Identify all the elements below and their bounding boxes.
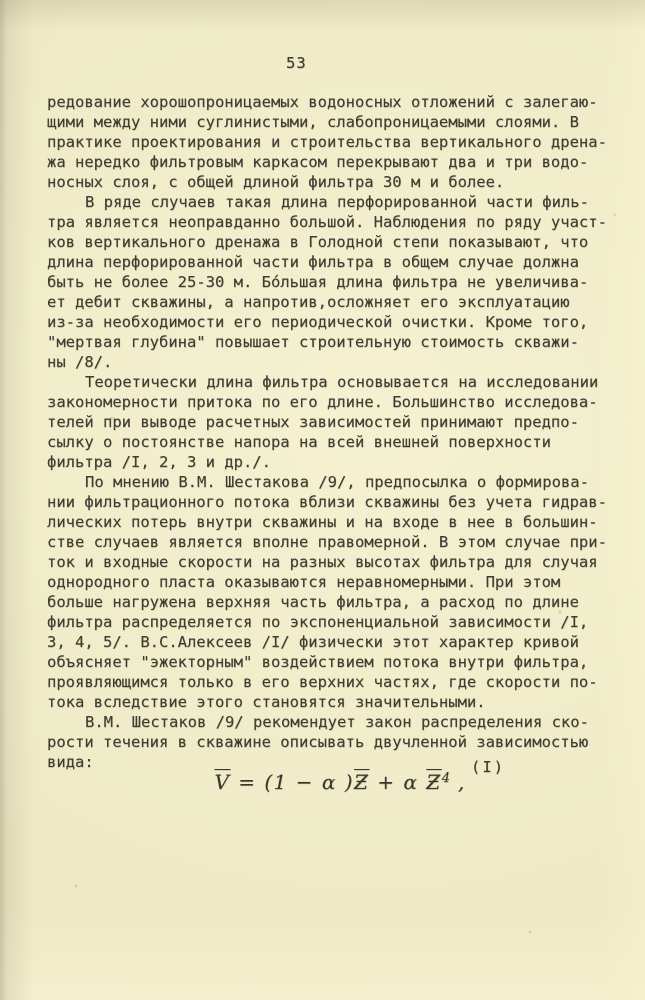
equation-operator: = (1 − α ) (230, 770, 354, 794)
text-line: носных слоя, с общей длиной фильтра 30 м… (47, 172, 607, 192)
text-line: "мертвая глубина" повышает строительную … (47, 332, 607, 352)
text-line: больше нагружена верхняя часть фильтра, … (47, 592, 607, 612)
text-line: тра является неоправданно большой. Наблю… (47, 212, 607, 232)
text-line: практике проектирования и строительства … (47, 132, 607, 152)
text-line: однородного пласта оказываются неравноме… (47, 572, 607, 592)
equation-number: (I) (471, 758, 505, 776)
text-line: жа нередко фильтровым каркасом перекрыва… (47, 152, 607, 172)
text-line: фильтра /I, 2, 3 и др./. (47, 452, 607, 472)
text-line: лических потерь внутри скважины и на вхо… (47, 512, 607, 532)
equation: V = (1 − α )Ƶ + α Ƶ4 , (183, 746, 466, 818)
text-line: телей при выводе расчетных зависимостей … (47, 412, 607, 432)
text-line: закономерности притока по его длине. Бол… (47, 392, 607, 412)
text-line: По мнению В.М. Шестакова /9/, предпосылк… (47, 472, 607, 492)
text-line: сылку о постоянстве напора на всей внешн… (47, 432, 607, 452)
text-line: тока вследствие этого становятся значите… (47, 692, 607, 712)
text-line: нии фильтрационного потока вблизи скважи… (47, 492, 607, 512)
text-line: длина перфорированной части фильтра в об… (47, 252, 607, 272)
text-line: ков вертикального дренажа в Голодной сте… (47, 232, 607, 252)
equation-term-z1: Ƶ (354, 770, 369, 794)
equation-exponent: 4 (442, 771, 450, 786)
paragraph: редование хорошопроницаемых водоносных о… (47, 92, 607, 192)
text-line: Теоретически длина фильтра основывается … (47, 372, 607, 392)
text-line: из-за необходимости его периодической оч… (47, 312, 607, 332)
text-line: объясняет "эжекторным" воздействием пото… (47, 652, 607, 672)
text-line: В.М. Шестаков /9/ рекомендует закон расп… (47, 712, 607, 732)
text-line: ток и входные скорости на разных высотах… (47, 552, 607, 572)
paragraph: Теоретически длина фильтра основывается … (47, 372, 607, 472)
text-line: щими между ними суглинистыми, слабопрони… (47, 112, 607, 132)
text-line: проявляющимся только в его верхних частя… (47, 672, 607, 692)
equation-term-z2: Ƶ (426, 770, 441, 794)
text-line: 3, 4, 5/. В.С.Алексеев /I/ физически это… (47, 632, 607, 652)
text-line: ет дебит скважины, а напротив,осложняет … (47, 292, 607, 312)
text-line: ны /8/. (47, 352, 607, 372)
equation-term-v: V (214, 770, 230, 794)
text-line: В ряде случаев такая длина перфорированн… (47, 192, 607, 212)
text-line: редование хорошопроницаемых водоносных о… (47, 92, 607, 112)
equation-operator-2: + α (369, 770, 426, 794)
equation-comma: , (450, 770, 466, 794)
text-line: фильтра распределяется по экспоненциальн… (47, 612, 607, 632)
page-body: редование хорошопроницаемых водоносных о… (47, 92, 607, 772)
paragraph: По мнению В.М. Шестакова /9/, предпосылк… (47, 472, 607, 712)
page-number: 53 (286, 54, 307, 72)
paragraph: В ряде случаев такая длина перфорированн… (47, 192, 607, 372)
scanned-page: 53 редование хорошопроницаемых водоносны… (0, 0, 645, 1000)
text-line: быть не более 25-30 м. Бо́льшая длина фи… (47, 272, 607, 292)
text-line: стве случаев является вполне правомерной… (47, 532, 607, 552)
